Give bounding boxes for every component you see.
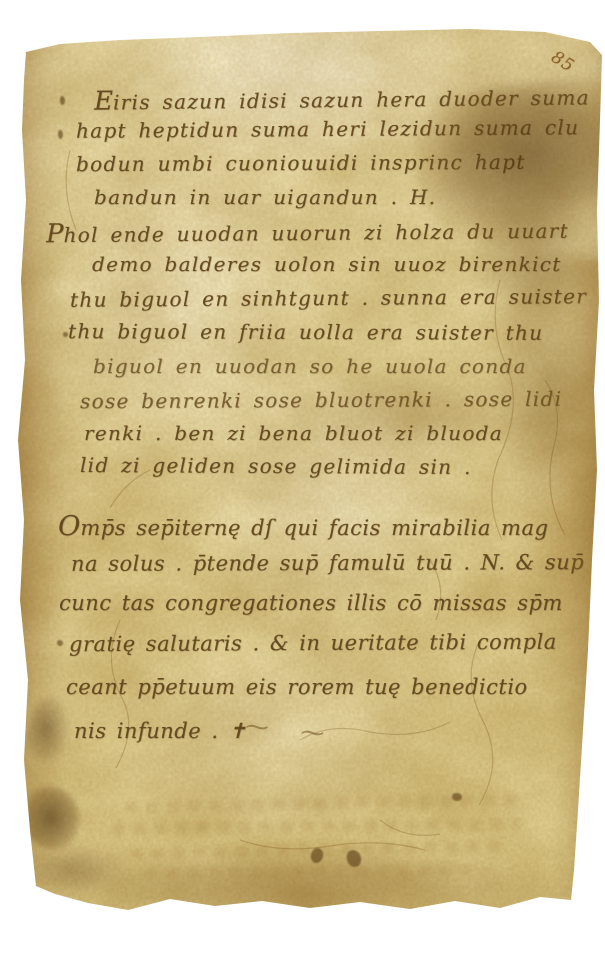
- latin-prayer-line-4: gratię salutaris . & in ueritate tibi co…: [69, 630, 557, 657]
- margin-dot: [60, 96, 65, 105]
- second-charm-line-4: thu biguol en friia uolla era suister th…: [68, 319, 543, 345]
- margin-dot: [58, 130, 63, 139]
- first-charm-line-4: bandun in uar uigandun . H.: [94, 185, 436, 209]
- first-charm-line-3: bodun umbi cuoniouuidi insprinc hapt: [76, 150, 526, 176]
- second-charm-line-5: biguol en uuodan so he uuola conda: [93, 354, 527, 378]
- text-block: Eiris sazun idisi sazun hera duoder suma…: [0, 0, 605, 960]
- first-charm-line-1: Eiris sazun idisi sazun hera duoder suma: [94, 81, 590, 116]
- second-charm-line-8: lid zi geliden sose gelimida sin .: [80, 453, 472, 479]
- first-charm-line-2: hapt heptidun suma heri lezidun suma clu: [76, 115, 579, 143]
- second-charm-line-7: renki . ben zi bena bluot zi bluoda: [84, 421, 503, 445]
- latin-prayer-line-6: nis infunde . ✝: [74, 719, 247, 743]
- second-charm-line-2: demo balderes uolon sin uuoz birenkict: [92, 252, 562, 276]
- second-charm-line-6: sose benrenki sose bluotrenki . sose lid…: [80, 387, 562, 414]
- ink-speck: [452, 793, 462, 801]
- second-charm-line-1: Phol ende uuodan uuorun zi holza du uuar…: [46, 215, 569, 250]
- second-charm-line-3: thu biguol en sinhtgunt . sunna era suis…: [70, 284, 587, 312]
- latin-prayer-line-5: ceant pp̄etuum eis rorem tuę benedictio: [66, 675, 528, 699]
- margin-dot: [63, 332, 68, 337]
- latin-prayer-line-1: Omp̄s sep̄iternę dſ qui facis mirabilia …: [58, 511, 548, 542]
- latin-prayer-line-2: na solus . p̄tende sup̄ famulū tuū . N. …: [71, 550, 584, 576]
- latin-prayer-line-3: cunc tas congregationes illis cō missas …: [59, 591, 563, 615]
- parchment-leaf: Eiris sazun idisi sazun hera duoder suma…: [0, 0, 605, 960]
- pen-flourish: ~ ~: [242, 711, 337, 748]
- margin-dot: [57, 640, 63, 646]
- manuscript-photo: Eiris sazun idisi sazun hera duoder suma…: [0, 0, 605, 960]
